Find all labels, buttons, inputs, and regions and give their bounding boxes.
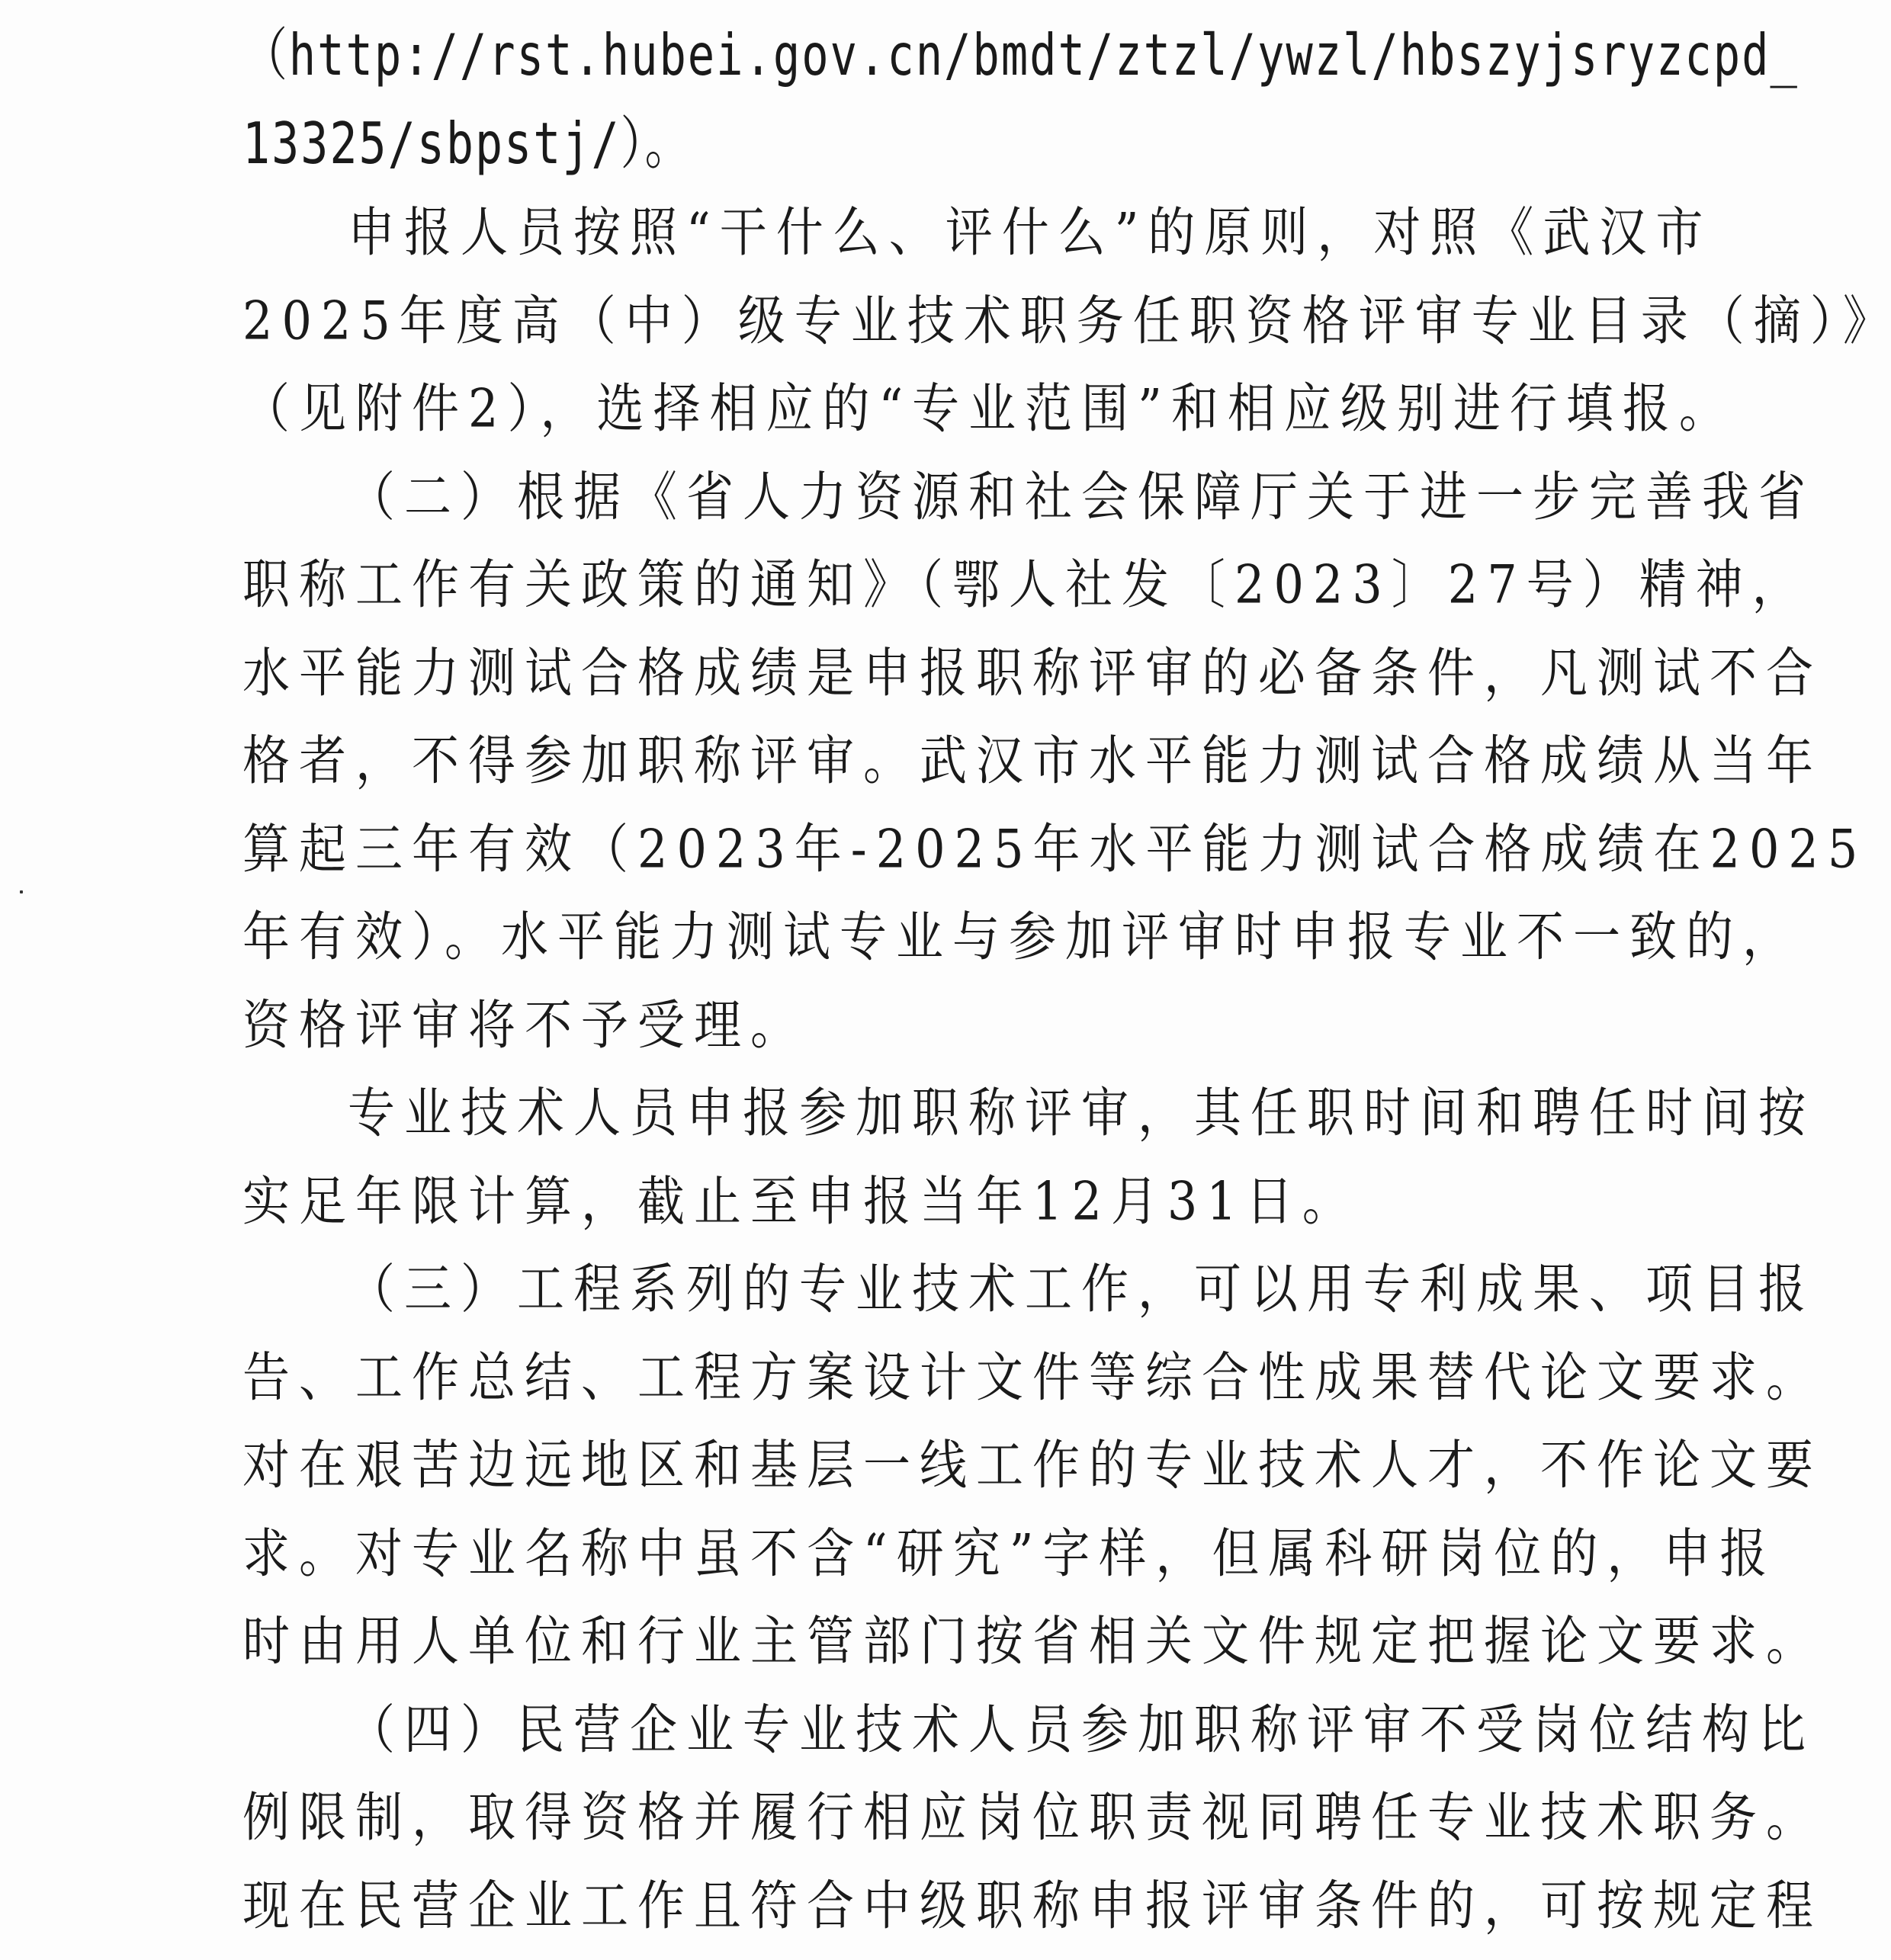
paragraph-line: 对在艰苦边远地区和基层一线工作的专业技术人才，不作论文要 xyxy=(242,1416,1652,1514)
paragraph-line: 实足年限计算，截止至申报当年12月31日。 xyxy=(242,1152,1652,1250)
paragraph-line: 例限制，取得资格并履行相应岗位职责视同聘任专业技术职务。 xyxy=(242,1768,1652,1866)
scan-speck xyxy=(20,890,23,893)
paragraph-line: 现在民营企业工作且符合中级职称申报评审条件的，可按规定程 xyxy=(242,1856,1652,1955)
section-2-heading-line: （二）根据《省人力资源和社会保障厅关于进一步完善我省 xyxy=(242,447,1652,546)
section-4-heading-line: （四）民营企业专业技术人员参加职称评审不受岗位结构比 xyxy=(242,1680,1652,1779)
paragraph-line: 资格评审将不予受理。 xyxy=(242,976,1652,1074)
paragraph-line: 水平能力测试合格成绩是申报职称评审的必备条件，凡测试不合 xyxy=(242,624,1652,722)
paragraph-line: 职称工作有关政策的通知》（鄂人社发〔2023〕27号）精神， xyxy=(242,535,1652,634)
paragraph-line: 告、工作总结、工程方案设计文件等综合性成果替代论文要求。 xyxy=(242,1328,1652,1426)
paragraph-line: 年有效）。水平能力测试专业与参加评审时申报专业不一致的， xyxy=(242,887,1652,986)
document-page: （http://rst.hubei.gov.cn/bmdt/ztzl/ywzl/… xyxy=(0,0,1891,1960)
document-body: （http://rst.hubei.gov.cn/bmdt/ztzl/ywzl/… xyxy=(242,12,1652,1949)
paragraph-line: 算起三年有效（2023年-2025年水平能力测试合格成绩在2025 xyxy=(242,800,1652,898)
paragraph-line: 时由用人单位和行业主管部门按省相关文件规定把握论文要求。 xyxy=(242,1592,1652,1690)
paragraph-line: 求。对专业名称中虽不含“研究”字样，但属科研岗位的，申报 xyxy=(242,1504,1652,1602)
section-3-heading-line: （三）工程系列的专业技术工作，可以用专利成果、项目报 xyxy=(242,1240,1652,1338)
paragraph-line: 专业技术人员申报参加职称评审，其任职时间和聘任时间按 xyxy=(242,1063,1652,1162)
paragraph-line: 申报人员按照“干什么、评什么”的原则，对照《武汉市 xyxy=(242,183,1652,281)
paragraph-line: （见附件2），选择相应的“专业范围”和相应级别进行填报。 xyxy=(242,359,1652,457)
paragraph-line: 格者，不得参加职称评审。武汉市水平能力测试合格成绩从当年 xyxy=(242,711,1652,810)
paragraph-line: 2025年度高（中）级专业技术职务任职资格评审专业目录（摘）》 xyxy=(242,271,1652,370)
